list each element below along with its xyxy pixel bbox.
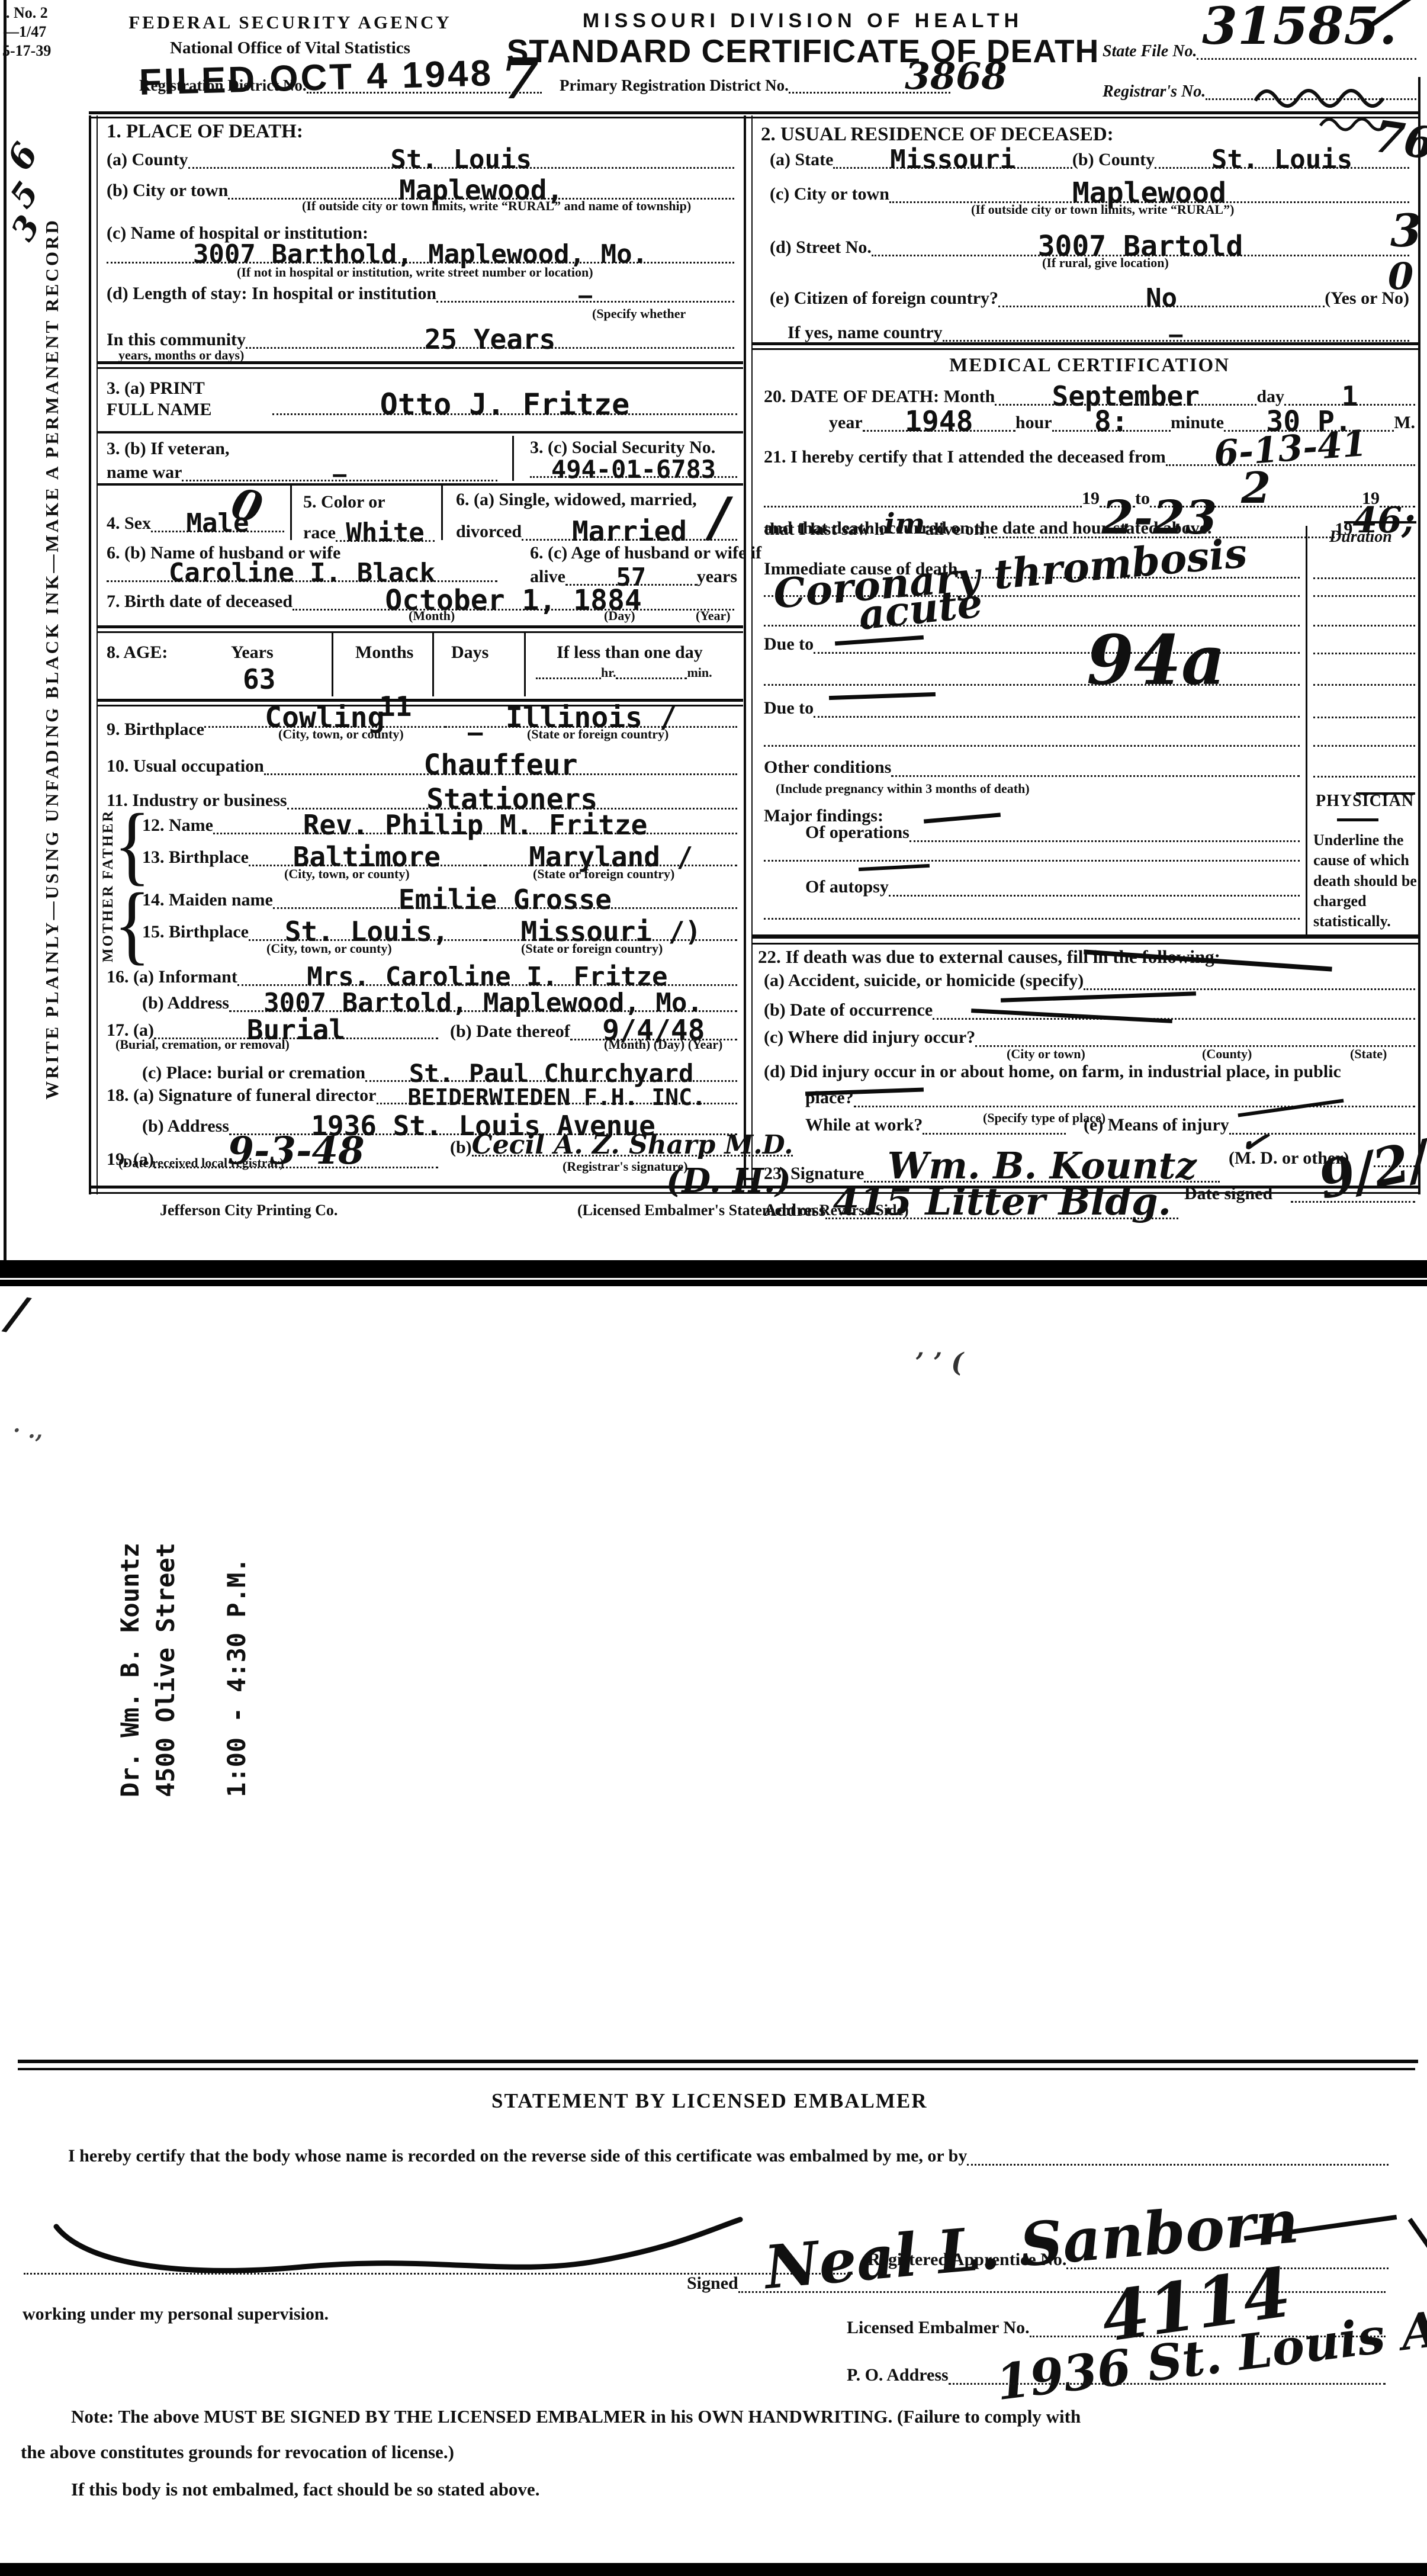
other-conditions-row: Other conditions xyxy=(764,758,1300,777)
autopsy-line xyxy=(889,890,1300,897)
due-cont-line-1 xyxy=(764,684,1300,686)
pod-institution-row: 3007 Barthold, Maplewood, Mo. xyxy=(107,236,734,264)
spouse-row: Caroline I. Black xyxy=(107,554,497,582)
veteran-row: name war — xyxy=(107,457,497,481)
margin-code-digit-6: 6 xyxy=(2,137,43,175)
sex-label: 4. Sex xyxy=(107,514,151,533)
father-bp-city-line: Baltimore xyxy=(249,837,485,866)
funeral-director-line: BEIDERWIEDEN F.H. INC. xyxy=(377,1080,738,1104)
pod-stay-row: (d) Length of stay: In hospital or insti… xyxy=(107,278,734,303)
physician-office-hours: 1:00 - 4:30 P.M. xyxy=(219,1537,255,1797)
spouse-line: Caroline I. Black xyxy=(107,554,497,582)
informant-row: 16. (a) Informant Mrs. Caroline I. Fritz… xyxy=(107,958,737,986)
full-name-value: Otto J. Fritze xyxy=(380,387,629,422)
form-left-border-inner xyxy=(97,115,98,1194)
death-certificate-scan: . No. 2 —1/47 5-17-39 6 5 3 WRITE PLAINL… xyxy=(0,0,1427,2576)
birth-date-row: 7. Birth date of deceased October 1, 188… xyxy=(107,580,734,611)
disposition-date-line: 9/4/48 xyxy=(570,1010,737,1040)
vertical-instruction: WRITE PLAINLY—USING UNFADING BLACK INK—M… xyxy=(43,115,62,1202)
mother-hint-city: (City, town, or county) xyxy=(266,942,392,955)
scan-separator-band xyxy=(0,1260,1427,1286)
work-line xyxy=(923,1128,1066,1135)
primary-registration-value: 3868 xyxy=(905,58,1007,95)
external-c-label: (c) Where did injury occur? xyxy=(764,1028,975,1047)
occupation-row: 10. Usual occupation Chauffeur xyxy=(107,745,737,775)
registrar-label-b: (b) xyxy=(450,1138,472,1157)
informant-label: 16. (a) Informant xyxy=(107,968,237,987)
death-hour-line: 8: xyxy=(1052,402,1171,432)
mother-maiden-label: 14. Maiden name xyxy=(142,891,273,910)
disposition-place-line: St. Paul Churchyard xyxy=(365,1055,737,1082)
death-year-line: 1948 xyxy=(863,402,1015,432)
column-divider-inner xyxy=(751,115,753,1187)
occupation-line: Chauffeur xyxy=(264,745,737,775)
father-bp-state-line: Maryland / xyxy=(485,837,737,866)
birth-date-line: October 1, 1884 xyxy=(293,580,734,611)
signed-label: Signed xyxy=(687,2274,738,2293)
duration-seg-2 xyxy=(1313,595,1415,597)
age-hr-blank xyxy=(536,673,601,679)
duration-solid-seg xyxy=(1356,792,1415,795)
embalmer-certify-blank xyxy=(967,2159,1389,2166)
marital-value: Married xyxy=(572,515,687,547)
age-years-label: Years xyxy=(231,643,274,662)
rule-22-a xyxy=(752,934,1418,939)
header-rule-2 xyxy=(89,117,1420,118)
pod-institution-hint: (If not in hospital or institution, writ… xyxy=(237,265,593,279)
race-row: race White xyxy=(303,514,435,542)
ssn-line: 494-01-6783 xyxy=(530,451,737,478)
residence-citizen-row: (e) Citizen of foreign country? No (Yes … xyxy=(770,280,1409,307)
residence-street-line: 3007 Bartold xyxy=(872,226,1409,256)
cause-cont-line-1 xyxy=(764,595,1300,597)
embalmer-certify-row: I hereby certify that the body whose nam… xyxy=(68,2147,1389,2166)
external-c-line xyxy=(975,1040,1415,1047)
registrars-no-label: Registrar's No. xyxy=(1103,83,1206,100)
residence-citizen-line: No xyxy=(998,280,1325,307)
po-address-line xyxy=(949,2378,1386,2385)
occupation-label: 10. Usual occupation xyxy=(107,757,264,776)
duration-vline xyxy=(1306,526,1307,937)
birth-date-hint-year: (Year) xyxy=(696,609,731,622)
father-name-value: Rev. Philip M. Fritze xyxy=(303,809,648,841)
age-years-value: 63 xyxy=(243,666,1427,693)
due-to-line-1 xyxy=(814,647,1300,654)
pod-community-row: In this community 25 Years xyxy=(107,320,734,349)
findings-dash xyxy=(924,812,1001,823)
residence-citizen-hint: (Yes or No) xyxy=(1325,289,1409,308)
duration-seg-1 xyxy=(1313,577,1415,579)
residence-country-label: If yes, name country xyxy=(788,323,943,342)
age-label: 8. AGE: xyxy=(107,643,168,662)
birthplace-city-line: Cowling xyxy=(204,698,445,728)
column-divider-outer xyxy=(744,115,746,1187)
pod-stay-hint: (Specify whether xyxy=(592,307,686,320)
registrar-signature: Cecil A. Z. Sharp M.D. xyxy=(472,1130,793,1160)
full-name-row: Otto J. Fritze xyxy=(272,384,737,415)
duration-seg-7 xyxy=(1313,745,1415,747)
veteran-label: 3. (b) If veteran, xyxy=(107,439,229,458)
residence-country-line: — xyxy=(943,317,1409,342)
doc-title-line1: MISSOURI DIVISION OF HEALTH xyxy=(583,9,1023,33)
pod-stay-label: (d) Length of stay: In hospital or insti… xyxy=(107,284,436,303)
age-min-blank xyxy=(616,673,687,679)
form-number-line1: . No. 2 xyxy=(6,5,48,21)
pod-county-line: St. Louis xyxy=(188,141,734,169)
father-hint-city: (City, town, or county) xyxy=(284,867,410,881)
disposition-place-row: (c) Place: burial or cremation St. Paul … xyxy=(142,1055,737,1082)
informant-address-line: 3007 Bartold, Maplewood, Mo. xyxy=(229,984,737,1012)
state-file-row: State File No. xyxy=(1103,43,1416,60)
mother-bp-city-line: St. Louis, xyxy=(249,912,485,941)
age-hr-min-row: hr. min. xyxy=(536,666,737,679)
operations-line xyxy=(909,836,1300,842)
informant-line: Mrs. Caroline I. Fritze xyxy=(237,958,737,986)
pod-community-value: 25 Years xyxy=(425,323,556,355)
rule-sec1-a xyxy=(98,361,743,364)
marital-row: divorced Married xyxy=(456,512,737,541)
physician-office-block: Dr. Wm. B. Kountz 4500 Olive Street 1:00… xyxy=(113,1537,255,1797)
mother-birthplace-row: 15. Birthplace St. Louis, Missouri /) xyxy=(142,912,737,941)
mother-maiden-value: Emilie Grosse xyxy=(398,884,612,916)
work-row: While at work? xyxy=(805,1116,1066,1135)
rule-age-a xyxy=(98,625,743,628)
physician-address-row: Address 415 Litter Bldg. xyxy=(764,1180,1178,1219)
registrar-signature-line: Cecil A. Z. Sharp M.D. xyxy=(472,1129,793,1157)
other-conditions-line xyxy=(891,770,1300,777)
external-c-hint-state: (State) xyxy=(1350,1047,1387,1061)
physician-dash xyxy=(1337,818,1378,821)
residence-state-label: (a) State xyxy=(770,150,833,169)
residence-state-county-row: (a) State Missouri (b) County St. Louis xyxy=(770,141,1409,169)
age-less-label: If less than one day xyxy=(557,643,703,662)
duration-seg-3 xyxy=(1313,625,1415,627)
pod-community-label: In this community xyxy=(107,330,246,349)
reverse-faint-marks: ʼ ʼ ( xyxy=(915,1350,963,1376)
apprentice-tick-2 xyxy=(1408,2218,1427,2250)
pod-stay-value: — xyxy=(578,282,592,309)
funeral-director-label: 18. (a) Signature of funeral director xyxy=(107,1086,377,1105)
duration-seg-4 xyxy=(1313,653,1415,654)
embalmer-certify-text: I hereby certify that the body whose nam… xyxy=(68,2147,967,2166)
pod-city-line: Maplewood, xyxy=(228,171,734,200)
pod-county-row: (a) County St. Louis xyxy=(107,141,734,169)
residence-street-row: (d) Street No. 3007 Bartold xyxy=(770,226,1409,256)
due-to-line-2 xyxy=(814,711,1300,718)
embalmer-rule-a xyxy=(18,2060,1418,2063)
embalmer-statement-title: STATEMENT BY LICENSED EMBALMER xyxy=(491,2090,927,2112)
residence-citizen-label: (e) Citizen of foreign country? xyxy=(770,289,998,308)
physician-addr-label: Address xyxy=(764,1201,825,1220)
rule-sec1-b xyxy=(98,367,743,369)
father-name-label: 12. Name xyxy=(142,816,213,835)
rule-medical-a xyxy=(752,342,1418,345)
findings-cont-line-2 xyxy=(764,918,1300,920)
residence-citizen-value: No xyxy=(1146,283,1177,313)
external-a-line xyxy=(1084,984,1415,990)
physician-note: Underline the cause of which death shoul… xyxy=(1313,830,1419,932)
vline-3b3c xyxy=(512,436,514,481)
veteran-label2: name war xyxy=(107,463,182,482)
due-cont-line-2 xyxy=(764,745,1300,747)
operations-label: Of operations xyxy=(805,823,909,842)
disposition-line-a: Burial xyxy=(154,1010,438,1039)
due-to-row-2: Due to xyxy=(764,699,1300,718)
father-birthplace-label: 13. Birthplace xyxy=(142,848,249,867)
rule-medical-b xyxy=(752,348,1418,350)
physician-sig-line: Wm. B. Kountz xyxy=(864,1144,1220,1183)
physician-office-street: 4500 Olive Street xyxy=(148,1537,184,1797)
form-number-line2: —1/47 xyxy=(4,24,46,40)
registration-district-row: Registration District No. xyxy=(139,77,542,94)
age-months-label: Months xyxy=(355,643,413,662)
residence-country-row: If yes, name country — xyxy=(788,317,1409,342)
primary-registration-label: Primary Registration District No. xyxy=(560,77,789,94)
scan-separator-gap xyxy=(0,1278,1427,1280)
birth-date-hint-day: (Day) xyxy=(604,609,635,622)
embalmer-note-line2: the above constitutes grounds for revoca… xyxy=(21,2443,454,2462)
external-d-label2: place? xyxy=(805,1088,854,1107)
residence-state-line: Missouri xyxy=(833,141,1072,169)
marital-line: Married xyxy=(522,512,737,541)
residence-county-value: St. Louis xyxy=(1211,144,1352,175)
disposition-date-hints: (Month) (Day) (Year) xyxy=(604,1038,722,1051)
external-a-label: (a) Accident, suicide, or homicide (spec… xyxy=(764,971,1084,990)
embalmer-note-line3: If this body is not embalmed, fact shoul… xyxy=(71,2480,539,2500)
mother-maiden-row: 14. Maiden name Emilie Grosse xyxy=(142,880,737,909)
marital-label1: 6. (a) Single, widowed, married, xyxy=(456,490,697,509)
occupation-value: Chauffeur xyxy=(423,749,577,782)
residence-city-row: (c) City or town Maplewood xyxy=(770,173,1409,203)
external-c-row: (c) Where did injury occur? xyxy=(764,1028,1415,1047)
header-rule-1 xyxy=(89,111,1420,114)
pod-city-label: (b) City or town xyxy=(107,181,228,200)
reverse-left-dots: · ., xyxy=(13,1420,43,1441)
father-name-row: 12. Name Rev. Philip M. Fritze xyxy=(142,805,737,834)
state-file-label: State File No. xyxy=(1103,43,1197,60)
agency-name: FEDERAL SECURITY AGENCY xyxy=(128,13,452,33)
physician-signature-row: 23. Signature Wm. B. Kountz xyxy=(764,1144,1220,1183)
registration-district-blank xyxy=(307,87,542,94)
full-name-line: Otto J. Fritze xyxy=(272,384,737,415)
duration-seg-5 xyxy=(1313,684,1415,686)
external-b-label: (b) Date of occurrence xyxy=(764,1001,933,1020)
autopsy-label: Of autopsy xyxy=(805,878,889,897)
duration-seg-6 xyxy=(1313,717,1415,718)
residence-city-hint: (If outside city or town limits, write “… xyxy=(971,203,1234,216)
race-label1: 5. Color or xyxy=(303,493,385,512)
informant-address-label: (b) Address xyxy=(142,994,229,1013)
age-min-label: min. xyxy=(687,666,712,679)
mother-maiden-line: Emilie Grosse xyxy=(273,880,737,909)
means-label: (e) Means of injury xyxy=(1084,1116,1229,1135)
father-birthplace-row: 13. Birthplace Baltimore Maryland / xyxy=(142,837,737,866)
external-c-hint-county: (County) xyxy=(1202,1047,1252,1061)
po-address-row: P. O. Address xyxy=(847,2366,1386,2385)
disposition-row: 17. (a) Burial xyxy=(107,1010,438,1039)
autopsy-dash xyxy=(859,864,930,871)
form-left-border-outer xyxy=(89,115,91,1194)
external-c-hint-city: (City or town) xyxy=(1007,1047,1085,1061)
medical-title: MEDICAL CERTIFICATION xyxy=(949,355,1230,376)
mother-birthplace-label: 15. Birthplace xyxy=(142,923,249,942)
veteran-line: — xyxy=(182,457,497,481)
work-label: While at work? xyxy=(805,1116,923,1135)
pod-city-hint: (If outside city or town limits, write “… xyxy=(302,199,691,213)
other-conditions-hint: (Include pregnancy within 3 months of de… xyxy=(776,782,1030,795)
duration-seg-8 xyxy=(1313,776,1415,778)
father-name-line: Rev. Philip M. Fritze xyxy=(213,805,737,834)
residence-street-label: (d) Street No. xyxy=(770,238,872,257)
sex-line: Male xyxy=(151,505,284,532)
residence-county-label: (b) County xyxy=(1072,150,1155,169)
birthplace-state-line: Illinois / xyxy=(445,698,737,728)
state-file-blank xyxy=(1197,53,1416,60)
pod-city-row: (b) City or town Maplewood, xyxy=(107,171,734,200)
funeral-director-row: 18. (a) Signature of funeral director BE… xyxy=(107,1080,737,1104)
birthplace-label: 9. Birthplace xyxy=(107,720,204,739)
residence-state-value: Missouri xyxy=(890,144,1015,175)
operations-row: Of operations xyxy=(805,823,1300,842)
doc-title-line2: STANDARD CERTIFICATE OF DEATH xyxy=(507,32,1100,70)
physician-office-name: Dr. Wm. B. Kountz xyxy=(113,1537,148,1797)
birthplace-hint-city: (City, town, or county) xyxy=(278,727,404,741)
registrar-signature-row: (b) Cecil A. Z. Sharp M.D. xyxy=(450,1129,740,1157)
birth-date-label: 7. Birth date of deceased xyxy=(107,592,293,611)
embalmer-no-label: Licensed Embalmer No. xyxy=(847,2318,1030,2337)
disposition-date-label: (b) Date thereof xyxy=(450,1022,570,1041)
rule-age-b xyxy=(98,631,743,633)
printer-credit: Jefferson City Printing Co. xyxy=(160,1202,338,1218)
embalmer-rule-b xyxy=(18,2068,1415,2070)
death-statement: and that death occurred on the date and … xyxy=(764,519,1211,538)
ssn-row: 494-01-6783 xyxy=(530,451,737,478)
po-address-label: P. O. Address xyxy=(847,2366,949,2385)
due-to-label-2: Due to xyxy=(764,699,814,718)
external-d-label1: (d) Did injury occur in or about home, o… xyxy=(764,1062,1341,1081)
print-name-label2: FULL NAME xyxy=(107,400,212,419)
certify-row-1: 21. I hereby certify that I attended the… xyxy=(764,429,1415,466)
mother-hint-state: (State or foreign country) xyxy=(521,942,663,955)
duration-label: Duration xyxy=(1329,528,1392,545)
autopsy-row: Of autopsy xyxy=(805,878,1300,897)
disposition-place-label: (c) Place: burial or cremation xyxy=(142,1064,365,1083)
rule-sec3a xyxy=(98,431,743,433)
certify-from-line: 6-13-41 xyxy=(1166,429,1415,466)
form-number-line3: 5-17-39 xyxy=(2,43,51,59)
birthplace-row: 9. Birthplace Cowling Illinois / xyxy=(107,698,737,728)
pod-community-line: 25 Years xyxy=(246,320,734,349)
cause-handwritten-2: acute xyxy=(857,583,985,636)
mother-bp-state-line: Missouri /) xyxy=(485,912,737,941)
race-line: White xyxy=(336,514,435,542)
place-of-death-title: 1. PLACE OF DEATH: xyxy=(107,121,303,142)
rule-sec3b xyxy=(98,483,743,486)
registrar-hint-a: (Date received local registrar) xyxy=(118,1156,284,1170)
duration-top-line xyxy=(1344,521,1416,523)
print-name-label1: 3. (a) PRINT xyxy=(107,379,205,398)
residence-street-hint: (If rural, give location) xyxy=(1042,256,1169,269)
physician-label: PHYSICIAN xyxy=(1316,792,1414,810)
primary-registration-row: Primary Registration District No. xyxy=(560,77,950,94)
supervision-text: working under my personal supervision. xyxy=(23,2305,329,2324)
margin-code-digit-3: 3 xyxy=(6,210,45,246)
vline-sex-race xyxy=(290,483,292,540)
father-hint-state: (State or foreign country) xyxy=(533,867,674,881)
findings-cont-line-1 xyxy=(764,860,1300,862)
age-hr-label: hr. xyxy=(601,666,616,679)
margin-code-digit-5: 5 xyxy=(5,176,44,213)
pod-institution-line: 3007 Barthold, Maplewood, Mo. xyxy=(107,236,734,264)
pod-county-label: (a) County xyxy=(107,150,188,169)
marital-handwritten-slash: / xyxy=(709,490,729,544)
age-days-label: Days xyxy=(451,643,488,662)
date-signed-label: Date signed xyxy=(1184,1184,1272,1203)
rule-22-b xyxy=(752,943,1418,945)
ssn-value: 494-01-6783 xyxy=(551,455,716,484)
bottom-scan-band xyxy=(0,2563,1427,2576)
disposition-hint-a: (Burial, cremation, or removal) xyxy=(115,1038,290,1051)
vline-race-marital xyxy=(441,483,443,540)
physician-addr-value: 415 Litter Bldg. xyxy=(833,1180,1171,1224)
due-to-label-1: Due to xyxy=(764,635,814,654)
embalmer-note-line1: Note: The above MUST BE SIGNED BY THE LI… xyxy=(71,2407,1081,2427)
reverse-slash-mark: / xyxy=(4,1290,29,1338)
external-a-row: (a) Accident, suicide, or homicide (spec… xyxy=(764,971,1415,990)
birthplace-hint-state: (State or foreign country) xyxy=(527,727,668,741)
disposition-date-row: (b) Date thereof 9/4/48 xyxy=(450,1010,737,1040)
pod-stay-line: — xyxy=(436,278,734,303)
registration-district-label: Registration District No. xyxy=(139,77,307,94)
marital-label2: divorced xyxy=(456,522,522,541)
agency-office: National Office of Vital Statistics xyxy=(170,39,410,57)
residence-county-line: St. Louis xyxy=(1155,141,1409,169)
birth-date-hint-month: (Month) xyxy=(409,609,455,622)
residence-city-label: (c) City or town xyxy=(770,185,889,204)
informant-address-row: (b) Address 3007 Bartold, Maplewood, Mo. xyxy=(142,984,737,1012)
race-value: White xyxy=(346,518,424,548)
race-label2: race xyxy=(303,523,336,542)
pod-community-hint: years, months or days) xyxy=(118,348,244,362)
physician-addr-line: 415 Litter Bldg. xyxy=(825,1180,1178,1219)
cause-handwritten-1: Coronary thrombosis xyxy=(772,533,1249,615)
residence-city-line: Maplewood xyxy=(889,173,1409,203)
other-conditions-label: Other conditions xyxy=(764,758,891,777)
